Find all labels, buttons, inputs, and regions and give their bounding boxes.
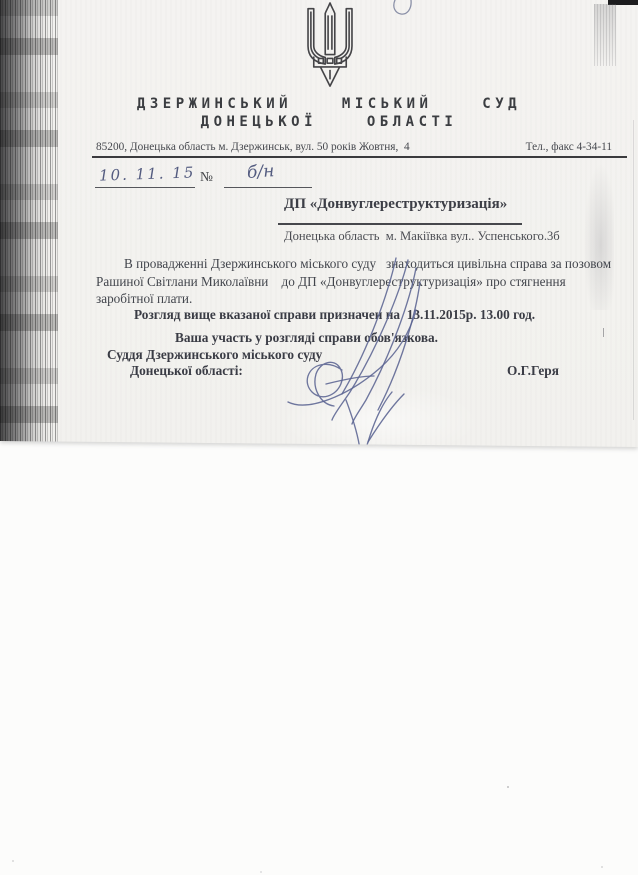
dust-speck (12, 860, 14, 862)
dust-speck (601, 866, 603, 868)
ukraine-trident-icon (299, 2, 361, 88)
scanner-edge-streak (0, 0, 58, 443)
court-name-line1: ДЗЕРЖИНСЬКИЙ МІСЬКИЙ СУД (20, 96, 638, 112)
recipient-underline (278, 223, 522, 225)
handwritten-number: б/н (246, 161, 275, 183)
scan-tick-mark (603, 328, 604, 337)
handwritten-date: 10. 11. 15 (99, 163, 196, 184)
pen-stroke-mark (385, 0, 427, 18)
scan-smudge-top-right (594, 4, 616, 66)
letterhead-rule (92, 156, 627, 158)
letter-sheet: ДЗЕРЖИНСЬКИЙ МІСЬКИЙ СУД ДОНЕЦЬКОЇ ОБЛАС… (0, 0, 638, 452)
scanned-letter-page: ДЗЕРЖИНСЬКИЙ МІСЬКИЙ СУД ДОНЕЦЬКОЇ ОБЛАС… (0, 0, 638, 875)
date-underline (95, 187, 195, 188)
letter-sheet-paper: ДЗЕРЖИНСЬКИЙ МІСЬКИЙ СУД ДОНЕЦЬКОЇ ОБЛАС… (0, 0, 638, 448)
judge-signature (268, 252, 443, 462)
dust-speck (260, 871, 262, 873)
court-name-line2: ДОНЕЦЬКОЇ ОБЛАСТІ (20, 114, 638, 130)
letterhead-contact-row: 85200, Донецька область м. Дзержинськ, в… (0, 141, 638, 155)
judge-name: О.Г.Геря (507, 363, 559, 379)
court-address: 85200, Донецька область м. Дзержинськ, в… (96, 141, 410, 153)
number-sign-label: № (200, 169, 213, 185)
recipient-name: ДП «Донвуглереструктуризація» (284, 196, 507, 213)
dust-speck (507, 786, 509, 788)
judge-title-line2: Донецької області: (130, 363, 243, 379)
number-underline (224, 187, 312, 188)
court-phone: Тел., факс 4-34-11 (526, 141, 612, 153)
scan-edge-line (633, 120, 634, 420)
recipient-address: Донецька область м. Макіївка вул.. Успен… (284, 229, 560, 244)
